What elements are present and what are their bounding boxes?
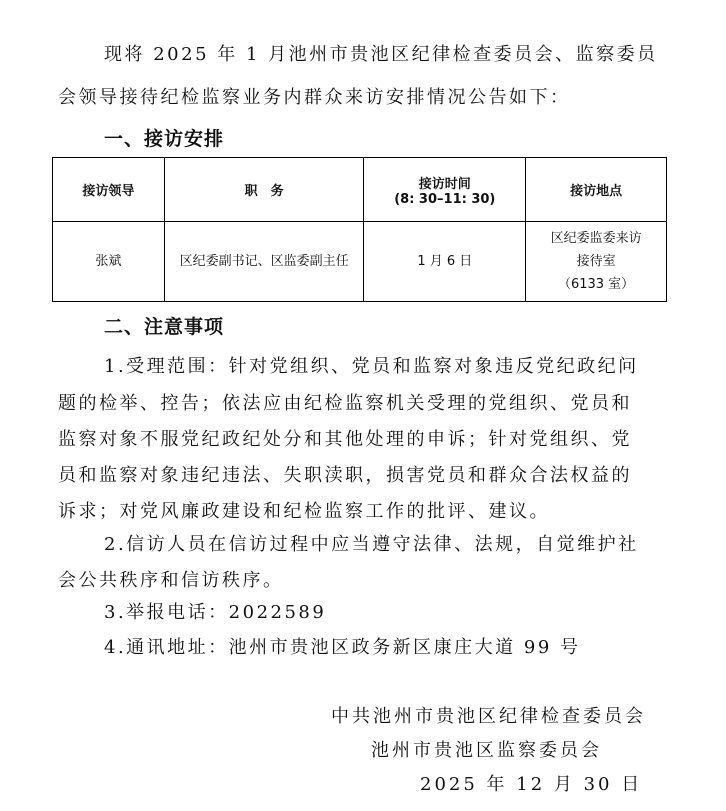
header-position: 职 务 (164, 158, 364, 222)
cell-position: 区纪委副书记、区监委副主任 (164, 222, 364, 302)
intro-line-2: 会领导接待纪检监察业务内群众来访安排情况公告如下： (58, 83, 571, 109)
item1-line: 1.受理范围：针对党组织、党员和监察对象违反党纪政纪问 (104, 352, 639, 378)
item2-line: 2.信访人员在信访过程中应当遵守法律、法规，自觉维护社 (104, 530, 639, 556)
header-location: 接访地点 (526, 158, 667, 222)
signature-org-2: 池州市贵池区监察委员会 (371, 736, 602, 762)
header-time-range: (8: 30–11: 30) (364, 192, 525, 207)
item1-line: 员和监察对象违纪违法、失职渎职，损害党员和群众合法权益的 (58, 461, 632, 487)
table-header-row: 接访领导 职 务 接访时间 (8: 30–11: 30) 接访地点 (53, 158, 667, 222)
cell-time: 1 月 6 日 (364, 222, 526, 302)
location-line-3: （6133 室） (526, 273, 666, 296)
location-line-1: 区纪委监委来访 (526, 227, 666, 250)
cell-location: 区纪委监委来访 接待室 （6133 室） (526, 222, 667, 302)
header-time-label: 接访时间 (364, 173, 525, 192)
item1-line: 监察对象不服党纪政纪处分和其他处理的申诉；针对党组织、党 (58, 425, 632, 451)
header-leader: 接访领导 (53, 158, 165, 222)
cell-leader: 张斌 (53, 222, 165, 302)
signature-date: 2025 年 12 月 30 日 (420, 770, 642, 796)
item1-line: 题的检举、控告；依法应由纪检监察机关受理的党组织、党员和 (58, 389, 632, 415)
item2-line: 会公共秩序和信访秩序。 (58, 566, 284, 592)
arrangement-table: 接访领导 职 务 接访时间 (8: 30–11: 30) 接访地点 张斌 区纪委… (52, 157, 667, 302)
section-1-heading: 一、接访安排 (104, 124, 224, 151)
location-line-2: 接待室 (526, 250, 666, 273)
notice-item-4-address: 4.通讯地址：池州市贵池区政务新区康庄大道 99 号 (104, 633, 581, 659)
item1-line: 诉求；对党风廉政建设和纪检监察工作的批评、建议。 (58, 497, 550, 523)
table-row: 张斌 区纪委副书记、区监委副主任 1 月 6 日 区纪委监委来访 接待室 （61… (53, 222, 667, 302)
header-time: 接访时间 (8: 30–11: 30) (364, 158, 526, 222)
notice-item-3-phone: 3.举报电话：2022589 (104, 598, 326, 624)
section-2-heading: 二、注意事项 (104, 312, 224, 339)
signature-org-1: 中共池州市贵池区纪律检查委员会 (331, 702, 646, 728)
intro-line-1: 现将 2025 年 1 月池州市贵池区纪律检查委员会、监察委员 (104, 40, 658, 66)
